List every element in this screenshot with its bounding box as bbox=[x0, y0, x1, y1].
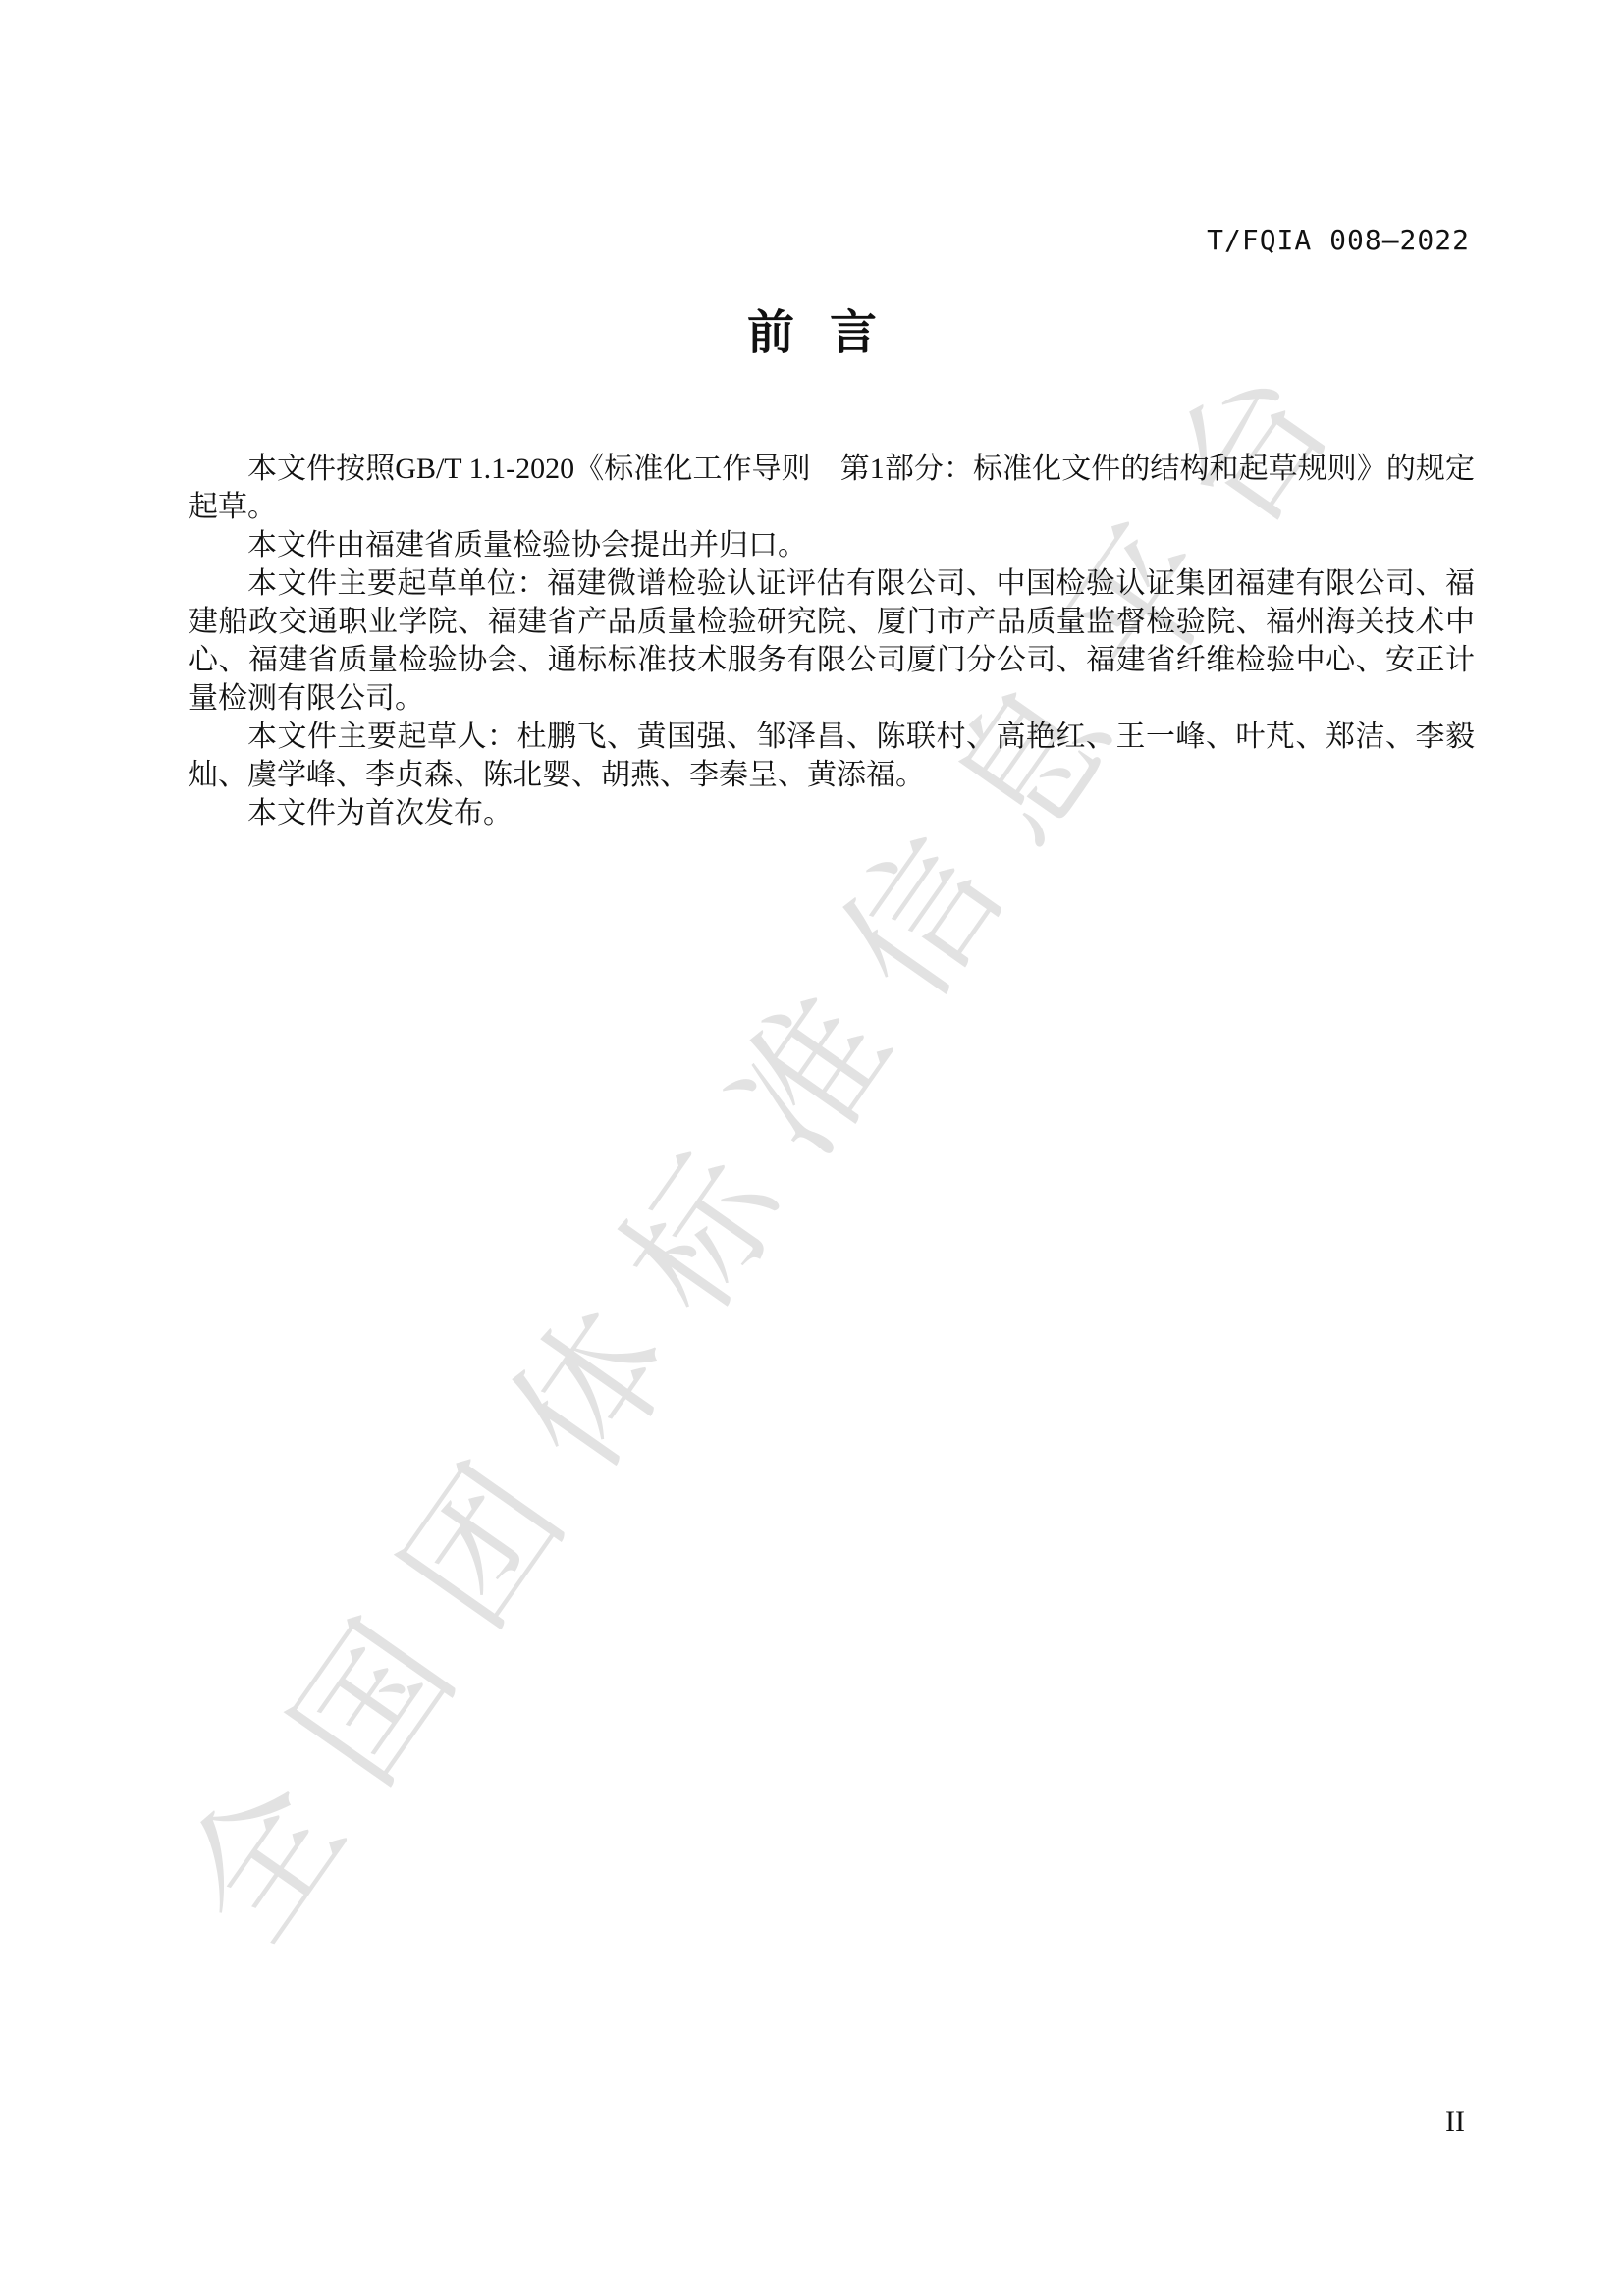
page-number: II bbox=[1445, 2106, 1465, 2139]
paragraph-drafting-units: 本文件主要起草单位：福建微谱检验认证评估有限公司、中国检验认证集团福建有限公司、… bbox=[189, 564, 1475, 718]
page-title: 前 言 bbox=[0, 294, 1624, 362]
document-page: 全国团体标准信息平台 T/FQIA 008—2022 前 言 本文件按照GB/T… bbox=[0, 0, 1624, 2296]
standard-number: T/FQIA 008—2022 bbox=[1207, 224, 1470, 256]
foreword-body: 本文件按照GB/T 1.1-2020《标准化工作导则 第1部分：标准化文件的结构… bbox=[189, 450, 1475, 832]
paragraph-drafters: 本文件主要起草人：杜鹏飞、黄国强、邹泽昌、陈联村、高艳红、王一峰、叶芃、郑洁、李… bbox=[189, 718, 1475, 794]
paragraph-issuing-body: 本文件由福建省质量检验协会提出并归口。 bbox=[189, 526, 1475, 564]
paragraph-first-issue: 本文件为首次发布。 bbox=[189, 794, 1475, 832]
paragraph-drafting-rules: 本文件按照GB/T 1.1-2020《标准化工作导则 第1部分：标准化文件的结构… bbox=[189, 450, 1475, 526]
